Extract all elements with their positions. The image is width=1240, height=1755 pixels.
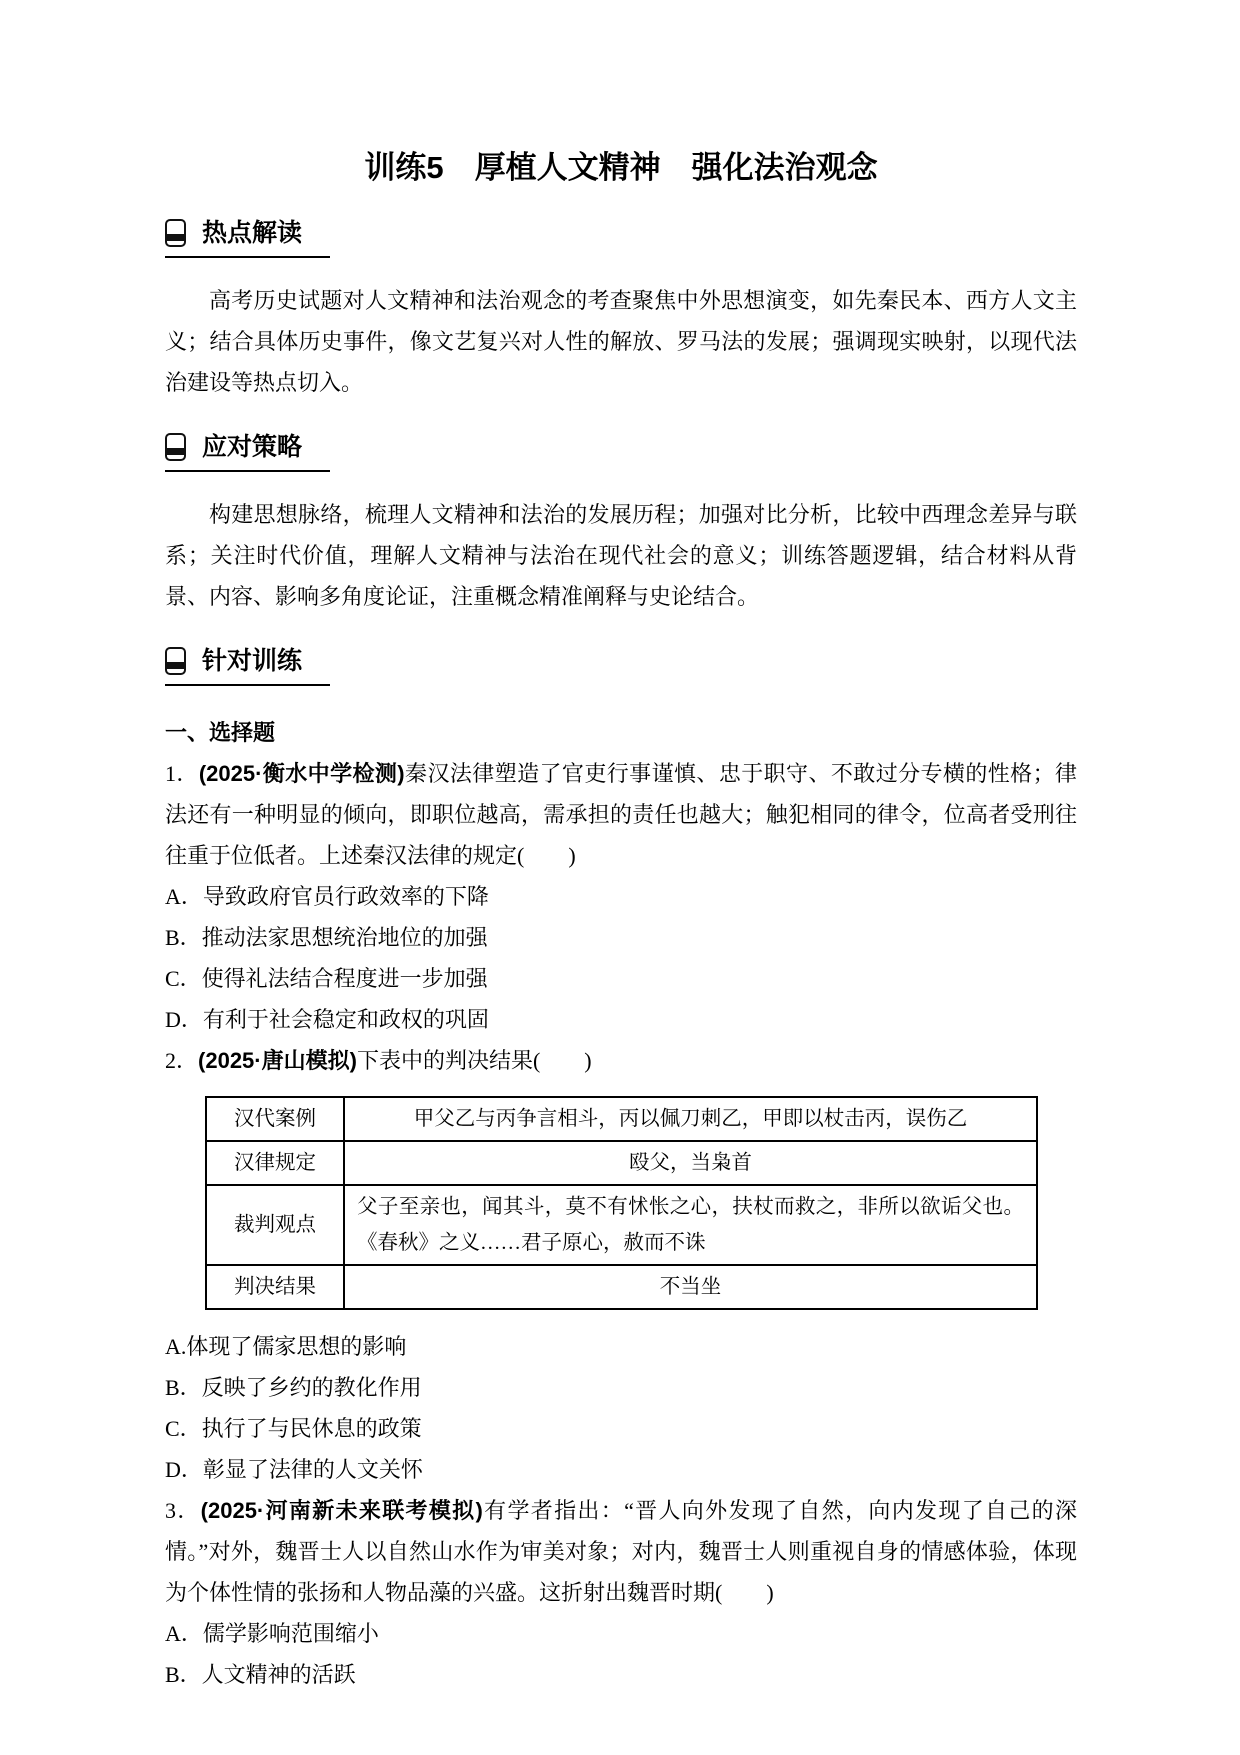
row-header: 判决结果 bbox=[206, 1265, 344, 1309]
row-value: 甲父乙与丙争言相斗，丙以佩刀刺乙，甲即以杖击丙，误伤乙 bbox=[344, 1097, 1037, 1141]
question-2-option-a: A.体现了儒家思想的影响 bbox=[165, 1326, 1077, 1367]
question-2-stem: 2．(2025·唐山模拟)下表中的判决结果( ) bbox=[165, 1040, 1077, 1081]
question-source: (2025·衡水中学检测) bbox=[199, 761, 405, 786]
section-header-targeted-training: 针对训练 bbox=[165, 647, 330, 686]
row-value: 不当坐 bbox=[344, 1265, 1037, 1309]
question-1-option-b: B．推动法家思想统治地位的加强 bbox=[165, 917, 1077, 958]
table-row: 汉代案例 甲父乙与丙争言相斗，丙以佩刀刺乙，甲即以杖击丙，误伤乙 bbox=[206, 1097, 1037, 1141]
question-1-option-d: D．有利于社会稳定和政权的巩固 bbox=[165, 999, 1077, 1040]
strategy-paragraph: 构建思想脉络，梳理人文精神和法治的发展历程；加强对比分析，比较中西理念差异与联系… bbox=[165, 494, 1077, 617]
booklet-icon bbox=[165, 647, 186, 675]
question-source: (2025·河南新未来联考模拟) bbox=[201, 1498, 483, 1523]
question-2-option-d: D．彰显了法律的人文关怀 bbox=[165, 1449, 1077, 1490]
question-text: 下表中的判决结果( ) bbox=[357, 1048, 592, 1073]
question-number: 1． bbox=[165, 761, 199, 786]
question-1: 1．(2025·衡水中学检测)秦汉法律塑造了官吏行事谨慎、忠于职守、不敢过分专横… bbox=[165, 753, 1077, 1040]
question-1-option-a: A．导致政府官员行政效率的下降 bbox=[165, 876, 1077, 917]
question-number: 2． bbox=[165, 1048, 198, 1073]
row-header: 裁判观点 bbox=[206, 1185, 344, 1265]
question-1-stem: 1．(2025·衡水中学检测)秦汉法律塑造了官吏行事谨慎、忠于职守、不敢过分专横… bbox=[165, 753, 1077, 876]
row-value: 父子至亲也，闻其斗，莫不有怵怅之心，扶杖而救之，非所以欲诟父也。《春秋》之义……… bbox=[344, 1185, 1037, 1265]
question-2-option-c: C．执行了与民休息的政策 bbox=[165, 1408, 1077, 1449]
document-page: 训练5 厚植人文精神 强化法治观念 热点解读 高考历史试题对人文精神和法治观念的… bbox=[0, 0, 1240, 1755]
section-header-strategy: 应对策略 bbox=[165, 433, 330, 472]
han-case-judgment-table: 汉代案例 甲父乙与丙争言相斗，丙以佩刀刺乙，甲即以杖击丙，误伤乙 汉律规定 殴父… bbox=[205, 1096, 1038, 1310]
question-number: 3． bbox=[165, 1498, 201, 1523]
booklet-icon bbox=[165, 433, 186, 461]
table-row: 裁判观点 父子至亲也，闻其斗，莫不有怵怅之心，扶杖而救之，非所以欲诟父也。《春秋… bbox=[206, 1185, 1037, 1265]
question-1-option-c: C．使得礼法结合程度进一步加强 bbox=[165, 958, 1077, 999]
hotspot-paragraph: 高考历史试题对人文精神和法治观念的考查聚焦中外思想演变，如先秦民本、西方人文主义… bbox=[165, 280, 1077, 403]
table-row: 汉律规定 殴父，当枭首 bbox=[206, 1141, 1037, 1185]
question-2-option-b: B．反映了乡约的教化作用 bbox=[165, 1367, 1077, 1408]
section-header-label: 热点解读 bbox=[202, 219, 302, 247]
section-header-label: 针对训练 bbox=[202, 647, 302, 675]
row-header: 汉代案例 bbox=[206, 1097, 344, 1141]
table-row: 判决结果 不当坐 bbox=[206, 1265, 1037, 1309]
question-3-stem: 3．(2025·河南新未来联考模拟)有学者指出：“晋人向外发现了自然，向内发现了… bbox=[165, 1490, 1077, 1613]
row-value: 殴父，当枭首 bbox=[344, 1141, 1037, 1185]
part-label-multiple-choice: 一、选择题 bbox=[165, 712, 1077, 753]
question-2: 2．(2025·唐山模拟)下表中的判决结果( ) 汉代案例 甲父乙与丙争言相斗，… bbox=[165, 1040, 1077, 1490]
question-3-option-b: B．人文精神的活跃 bbox=[165, 1654, 1077, 1695]
question-3-option-a: A．儒学影响范围缩小 bbox=[165, 1613, 1077, 1654]
row-header: 汉律规定 bbox=[206, 1141, 344, 1185]
page-title: 训练5 厚植人文精神 强化法治观念 bbox=[165, 142, 1077, 187]
section-header-hotspot-analysis: 热点解读 bbox=[165, 219, 330, 258]
booklet-icon bbox=[165, 219, 186, 247]
question-3: 3．(2025·河南新未来联考模拟)有学者指出：“晋人向外发现了自然，向内发现了… bbox=[165, 1490, 1077, 1695]
question-source: (2025·唐山模拟) bbox=[198, 1048, 357, 1073]
section-header-label: 应对策略 bbox=[202, 433, 302, 461]
